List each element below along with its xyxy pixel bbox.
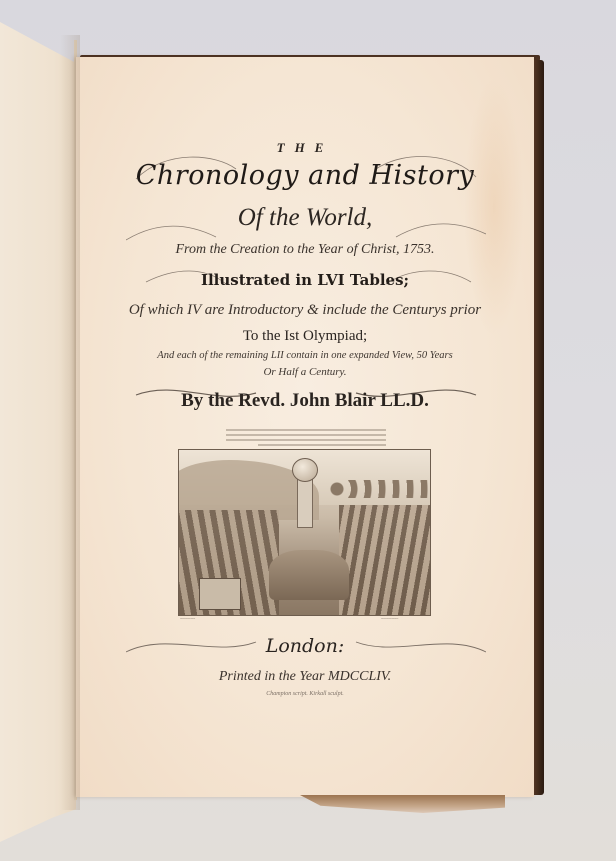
subtitle: Of the World, <box>76 204 534 232</box>
engraving-inscribed-pedestal <box>199 578 241 610</box>
author-line: By the Revd. John Blair LL.D. <box>76 390 534 412</box>
epigraph-attribution <box>258 444 386 446</box>
date-range-line: From the Creation to the Year of Christ,… <box>76 242 534 258</box>
globe-icon <box>292 458 318 482</box>
epigraph-line <box>226 439 386 441</box>
olympiad-line: To the Ist Olympiad; <box>76 328 534 345</box>
epigraph-line <box>226 429 386 431</box>
latin-epigraph <box>226 426 386 449</box>
engraving-figures-right <box>339 505 430 615</box>
engraved-illustration <box>178 449 431 616</box>
half-century-line: Or Half a Century. <box>76 366 534 378</box>
engraving-column <box>297 478 313 528</box>
engraver-credit: Champion script. Kirkall sculpt. <box>76 691 534 697</box>
engraving-table <box>269 550 349 600</box>
torn-page-edge <box>300 795 505 813</box>
illustrated-line: Illustrated in LVI Tables; <box>76 271 534 289</box>
engraving-credit-right: ~~~~~~~~ <box>381 616 398 621</box>
place-of-publication: London: <box>76 635 534 657</box>
expanded-view-line: And each of the remaining LII contain in… <box>76 350 534 361</box>
engraving-trees <box>329 480 429 498</box>
main-title: Chronology and History <box>76 160 534 191</box>
title-the: THE <box>76 140 534 156</box>
epigraph-line <box>226 434 386 436</box>
engraving-credit-left: ~~~~~~~ <box>180 616 195 621</box>
title-page: THE Chronology and History Of the World,… <box>76 57 534 797</box>
introductory-line: Of which IV are Introductory & include t… <box>76 302 534 319</box>
printed-year-line: Printed in the Year MDCCLIV. <box>76 669 534 685</box>
